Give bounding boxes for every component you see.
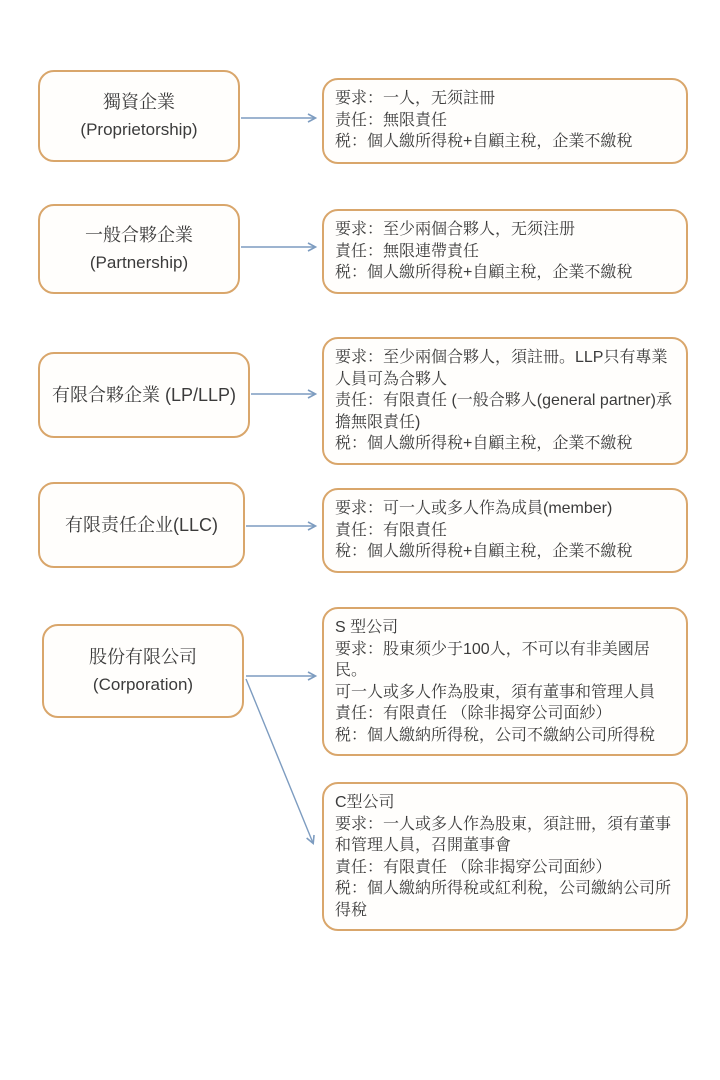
detail-line: 和管理人員，召開董事會 (335, 835, 675, 857)
entity-box-proprietorship: 獨資企業 (Proprietorship) (38, 70, 240, 162)
detail-line: 可一人或多人作為股東，須有董事和管理人員 (335, 682, 675, 704)
entity-subtitle: (Partnership) (90, 249, 188, 276)
detail-line: 責任：有限責任 (335, 520, 675, 542)
arrow-c-corp (246, 679, 313, 843)
detail-box-lp-llp: 要求：至少兩個合夥人，須註冊。LLP只有專業 人員可為合夥人 责任：有限責任 (… (322, 337, 688, 465)
detail-box-s-corp: S 型公司 要求：股東须少于100人，不可以有非美國居民。 可一人或多人作為股東… (322, 607, 688, 756)
detail-box-partnership: 要求：至少兩個合夥人，无须注册 責任：無限連帶責任 税：個人繳所得稅+自顧主稅，… (322, 209, 688, 294)
entity-subtitle: (Corporation) (93, 671, 193, 698)
detail-line: 稅：個人繳所得稅+自顧主稅，企業不繳稅 (335, 541, 675, 563)
detail-line: 税：個人繳納所得稅，公司不繳納公司所得稅 (335, 725, 675, 747)
detail-line: 税：個人繳所得稅+自顧主稅，企業不繳稅 (335, 131, 675, 153)
detail-line: 要求：股東须少于100人，不可以有非美國居民。 (335, 639, 675, 682)
entity-title: 有限合夥企業 (LP/LLP) (52, 382, 236, 409)
detail-line: 人員可為合夥人 (335, 369, 675, 391)
detail-line: 税：個人繳所得稅+自顧主稅，企業不繳稅 (335, 433, 675, 455)
detail-line: 擔無限責任) (335, 412, 675, 434)
detail-box-c-corp: C型公司 要求：一人或多人作為股東，須註冊，須有董事 和管理人員，召開董事會 責… (322, 782, 688, 931)
detail-line: 得稅 (335, 900, 675, 922)
entity-title: 獨資企業 (103, 89, 175, 116)
entity-title: 股份有限公司 (89, 644, 197, 671)
detail-line: 責任：有限責任 （除非揭穿公司面紗） (335, 703, 675, 725)
entity-box-lp-llp: 有限合夥企業 (LP/LLP) (38, 352, 250, 438)
detail-line: 责任：有限責任 (一般合夥人(general partner)承 (335, 390, 675, 412)
detail-line: C型公司 (335, 792, 675, 814)
entity-title: 一般合夥企業 (85, 222, 193, 249)
detail-line: 税：個人繳納所得稅或紅利稅，公司繳納公司所 (335, 878, 675, 900)
entity-box-partnership: 一般合夥企業 (Partnership) (38, 204, 240, 294)
detail-line: 要求：可一人或多人作為成員(member) (335, 498, 675, 520)
entity-box-corporation: 股份有限公司 (Corporation) (42, 624, 244, 718)
business-entity-diagram: 獨資企業 (Proprietorship) 要求：一人，无须註冊 责任：無限責任… (0, 0, 720, 1080)
detail-box-llc: 要求：可一人或多人作為成員(member) 責任：有限責任 稅：個人繳所得稅+自… (322, 488, 688, 573)
detail-line: 要求：一人或多人作為股東，須註冊，須有董事 (335, 814, 675, 836)
detail-line: 要求：一人，无须註冊 (335, 88, 675, 110)
entity-box-llc: 有限责任企业(LLC) (38, 482, 245, 568)
detail-line: S 型公司 (335, 617, 675, 639)
detail-line: 責任：有限責任 （除非揭穿公司面紗） (335, 857, 675, 879)
detail-box-proprietorship: 要求：一人，无须註冊 责任：無限責任 税：個人繳所得稅+自顧主稅，企業不繳稅 (322, 78, 688, 164)
detail-line: 要求：至少兩個合夥人，无须注册 (335, 219, 675, 241)
entity-title: 有限责任企业(LLC) (65, 512, 218, 539)
detail-line: 要求：至少兩個合夥人，須註冊。LLP只有專業 (335, 347, 675, 369)
detail-line: 税：個人繳所得稅+自顧主稅，企業不繳稅 (335, 262, 675, 284)
entity-subtitle: (Proprietorship) (80, 116, 197, 143)
detail-line: 责任：無限責任 (335, 110, 675, 132)
detail-line: 責任：無限連帶責任 (335, 241, 675, 263)
